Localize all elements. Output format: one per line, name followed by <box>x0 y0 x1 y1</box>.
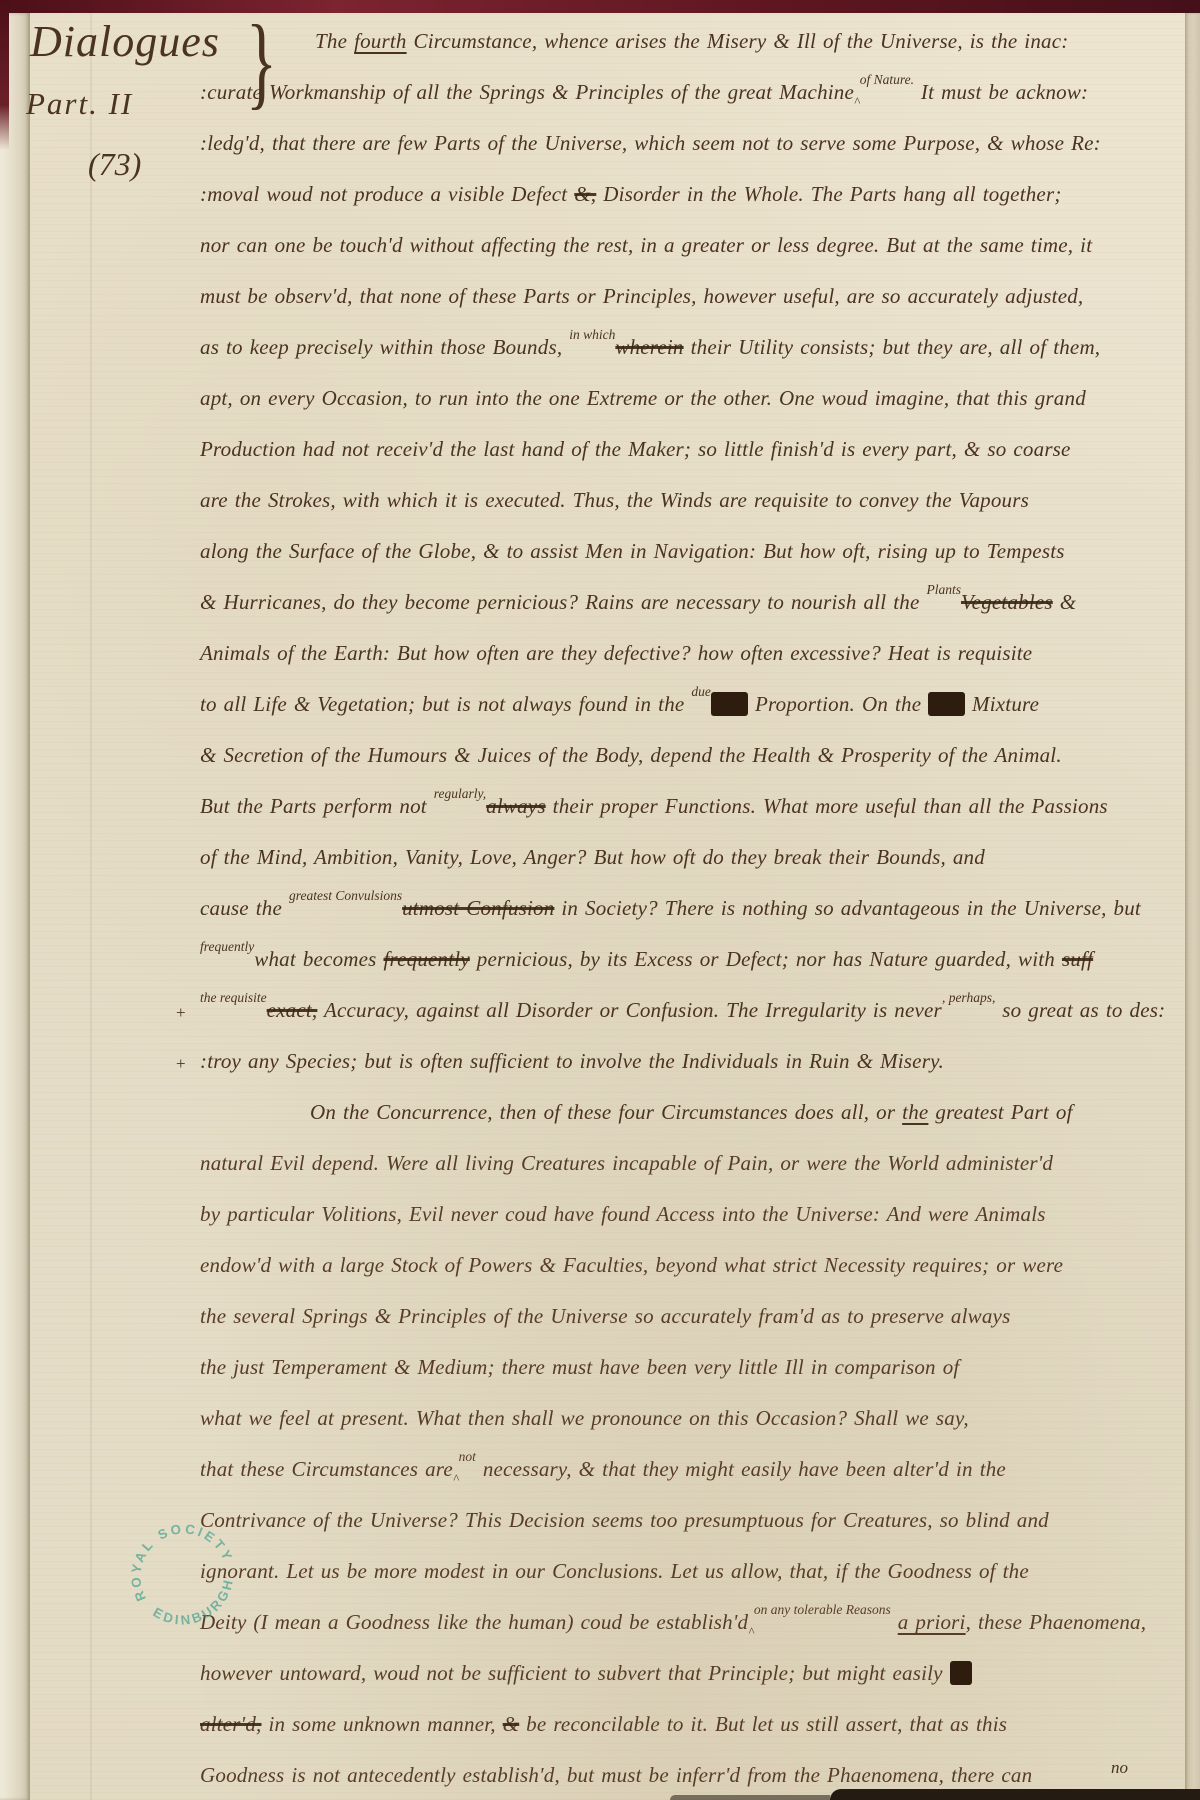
manuscript-line: are the Strokes, with which it is execut… <box>200 475 1192 526</box>
blotted-text: & <box>950 1661 973 1685</box>
margin-plus-mark: + <box>176 1038 186 1089</box>
handwritten-text: in Society? There is nothing so advantag… <box>554 896 1141 920</box>
inserted-text: frequently <box>200 939 254 954</box>
inserted-text: , perhaps, <box>942 990 995 1005</box>
manuscript-line: :curate Workmanship of all the Springs &… <box>200 67 1192 118</box>
manuscript-line: On the Concurrence, then of these four C… <box>200 1087 1192 1138</box>
manuscript-line: alter'd, in some unknown manner, & be re… <box>200 1699 1192 1750</box>
handwritten-text: , these Phaenomena, <box>966 1610 1147 1634</box>
manuscript-line: of the Mind, Ambition, Vanity, Love, Ang… <box>200 832 1192 883</box>
handwritten-text: apt, on every Occasion, to run into the … <box>200 386 1086 410</box>
svg-text:ROYAL SOCIETY: ROYAL SOCIETY <box>111 1504 237 1604</box>
binding-top-edge <box>0 0 1200 13</box>
manuscript-line: frequentlywhat becomes frequently pernic… <box>200 934 1192 985</box>
manuscript-line: Animals of the Earth: But how often are … <box>200 628 1192 679</box>
manuscript-line: what we feel at present. What then shall… <box>200 1393 1192 1444</box>
manuscript-line: along the Surface of the Globe, & to ass… <box>200 526 1192 577</box>
handwritten-text: Circumstance, whence arises the Misery &… <box>407 29 1069 53</box>
struck-text: utmost Confusion <box>402 896 554 920</box>
manuscript-line: the just Temperament & Medium; there mus… <box>200 1342 1192 1393</box>
handwritten-text: :ledg'd, that there are few Parts of the… <box>200 131 1101 155</box>
catchword: no <box>1111 1758 1128 1778</box>
handwritten-text: so great as to des: <box>995 998 1165 1022</box>
inserted-text: greatest Convulsions <box>289 888 402 903</box>
struck-text: exact, <box>267 998 318 1022</box>
handwritten-text: the several Springs & Principles of the … <box>200 1304 1010 1328</box>
struck-text: alter'd, <box>200 1712 262 1736</box>
manuscript-body: The fourth Circumstance, whence arises t… <box>200 16 1192 1800</box>
inserted-text: not <box>459 1449 476 1464</box>
inserted-text: due <box>691 684 711 699</box>
handwritten-text: their Utility consists; but they are, al… <box>684 335 1101 359</box>
inserted-text: the requisite <box>200 990 267 1005</box>
manuscript-page: Dialogues Part. II (73) } The fourth Cir… <box>0 0 1200 1800</box>
margin-plus-mark: + <box>176 987 186 1038</box>
manuscript-line: endow'd with a large Stock of Powers & F… <box>200 1240 1192 1291</box>
handwritten-text: & <box>1053 590 1077 614</box>
inserted-text: of Nature. <box>860 72 914 87</box>
handwritten-text: by particular Volitions, Evil never coud… <box>200 1202 1046 1226</box>
handwritten-text: pernicious, by its Excess or Defect; nor… <box>470 947 1062 971</box>
manuscript-line: The fourth Circumstance, whence arises t… <box>200 16 1192 67</box>
blotted-text: due <box>928 692 965 716</box>
inserted-text: Plants <box>926 582 961 597</box>
handwritten-text: that these Circumstances are <box>200 1457 453 1481</box>
handwritten-text: greatest Part of <box>928 1100 1072 1124</box>
handwritten-text: Animals of the Earth: But how often are … <box>200 641 1032 665</box>
handwritten-text <box>891 1610 898 1634</box>
manuscript-line: must be observ'd, that none of these Par… <box>200 271 1192 322</box>
handwritten-text: But the Parts perform not <box>200 794 434 818</box>
struck-text: & <box>503 1712 520 1736</box>
handwritten-text: Mixture <box>965 692 1039 716</box>
manuscript-line: :moval woud not produce a visible Defect… <box>200 169 1192 220</box>
handwritten-text: Proportion. On the <box>748 692 928 716</box>
handwritten-text: what we feel at present. What then shall… <box>200 1406 969 1430</box>
handwritten-text: are the Strokes, with which it is execut… <box>200 488 1029 512</box>
manuscript-line: & Hurricanes, do they become pernicious?… <box>200 577 1192 628</box>
manuscript-line: Deity (I mean a Goodness like the human)… <box>200 1597 1192 1648</box>
caret-mark: ^ <box>854 94 860 109</box>
manuscript-line: ignorant. Let us be more modest in our C… <box>200 1546 1192 1597</box>
struck-text: &, <box>574 182 596 206</box>
manuscript-line: nor can one be touch'd without affecting… <box>200 220 1192 271</box>
handwritten-text: :moval woud not produce a visible Defect <box>200 182 574 206</box>
caret-mark: ^ <box>453 1471 459 1486</box>
handwritten-text: & Hurricanes, do they become pernicious?… <box>200 590 926 614</box>
struck-text: Vegetables <box>961 590 1053 614</box>
manuscript-line: apt, on every Occasion, to run into the … <box>200 373 1192 424</box>
caret-mark: ^ <box>748 1624 754 1639</box>
blotted-text: just <box>711 692 748 716</box>
binding-left-edge <box>0 0 9 150</box>
handwritten-text: Disorder in the Whole. The Parts hang al… <box>596 182 1061 206</box>
struck-text: suff <box>1062 947 1093 971</box>
handwritten-text: & Secretion of the Humours & Juices of t… <box>200 743 1062 767</box>
handwritten-text: Deity (I mean a Goodness like the human)… <box>200 1610 748 1634</box>
handwritten-text: however untoward, woud not be sufficient… <box>200 1661 950 1685</box>
handwritten-text: be reconcilable to it. But let us still … <box>519 1712 1007 1736</box>
manuscript-line: the several Springs & Principles of the … <box>200 1291 1192 1342</box>
handwritten-text: must be observ'd, that none of these Par… <box>200 284 1083 308</box>
manuscript-line: Contrivance of the Universe? This Decisi… <box>200 1495 1192 1546</box>
handwritten-text: The <box>315 29 354 53</box>
manuscript-line: however untoward, woud not be sufficient… <box>200 1648 1192 1699</box>
handwritten-text: It must be acknow: <box>914 80 1088 104</box>
handwritten-text: the just Temperament & Medium; there mus… <box>200 1355 959 1379</box>
handwritten-text: what becomes <box>254 947 383 971</box>
handwritten-text: necessary, & that they might easily have… <box>476 1457 1006 1481</box>
manuscript-line: by particular Volitions, Evil never coud… <box>200 1189 1192 1240</box>
manuscript-line: to all Life & Vegetation; but is not alw… <box>200 679 1192 730</box>
manuscript-title: Dialogues <box>30 16 220 67</box>
struck-text: wherein <box>615 335 683 359</box>
handwritten-text: Accuracy, against all Disorder or Confus… <box>317 998 942 1022</box>
book-fore-edge <box>0 13 30 1800</box>
header-brace-mark: } <box>246 2 277 121</box>
struck-text: always <box>486 794 546 818</box>
handwritten-text: cause the <box>200 896 289 920</box>
inserted-text: in which <box>569 327 615 342</box>
handwritten-text: endow'd with a large Stock of Powers & F… <box>200 1253 1063 1277</box>
handwritten-text: Contrivance of the Universe? This Decisi… <box>200 1508 1049 1532</box>
handwritten-text: their proper Functions. What more useful… <box>546 794 1108 818</box>
manuscript-line: as to keep precisely within those Bounds… <box>200 322 1192 373</box>
manuscript-line: natural Evil depend. Were all living Cre… <box>200 1138 1192 1189</box>
handwritten-text: :curate Workmanship of all the Springs &… <box>200 80 854 104</box>
manuscript-line: cause the greatest Convulsionsutmost Con… <box>200 883 1192 934</box>
handwritten-text: nor can one be touch'd without affecting… <box>200 233 1092 257</box>
manuscript-line: that these Circumstances are^not necessa… <box>200 1444 1192 1495</box>
manuscript-line: & Secretion of the Humours & Juices of t… <box>200 730 1192 781</box>
manuscript-line: But the Parts perform not regularly,alwa… <box>200 781 1192 832</box>
manuscript-line: +:troy any Species; but is often suffici… <box>200 1036 1192 1087</box>
handwritten-text: along the Surface of the Globe, & to ass… <box>200 539 1065 563</box>
handwritten-text: to all Life & Vegetation; but is not alw… <box>200 692 691 716</box>
manuscript-line: Goodness is not antecedently establish'd… <box>200 1750 1192 1800</box>
inserted-text: regularly, <box>434 786 486 801</box>
manuscript-line: +the requisiteexact, Accuracy, against a… <box>200 985 1192 1036</box>
handwritten-text: in some unknown manner, <box>262 1712 503 1736</box>
handwritten-text: of the Mind, Ambition, Vanity, Love, Ang… <box>200 845 985 869</box>
manuscript-line: :ledg'd, that there are few Parts of the… <box>200 118 1192 169</box>
page-fold-crease <box>90 13 92 1800</box>
inserted-text: on any tolerable Reasons <box>754 1602 891 1617</box>
handwritten-text: On the Concurrence, then of these four C… <box>310 1100 902 1124</box>
handwritten-text: as to keep precisely within those Bounds… <box>200 335 569 359</box>
handwritten-text: Production had not receiv'd the last han… <box>200 437 1071 461</box>
manuscript-part-label: Part. II <box>26 86 133 122</box>
handwritten-text: natural Evil depend. Were all living Cre… <box>200 1151 1053 1175</box>
underlined-text: the <box>902 1100 928 1124</box>
handwritten-text: Goodness is not antecedently establish'd… <box>200 1763 1032 1787</box>
manuscript-line: Production had not receiv'd the last han… <box>200 424 1192 475</box>
handwritten-text: :troy any Species; but is often sufficie… <box>200 1049 944 1073</box>
underlined-text: fourth <box>354 29 407 53</box>
page-number: (73) <box>88 146 141 183</box>
handwritten-text: ignorant. Let us be more modest in our C… <box>200 1559 1029 1583</box>
struck-text: frequently <box>383 947 469 971</box>
underlined-text: a priori <box>898 1610 966 1634</box>
stamp-top-text: ROYAL SOCIETY <box>111 1504 237 1604</box>
